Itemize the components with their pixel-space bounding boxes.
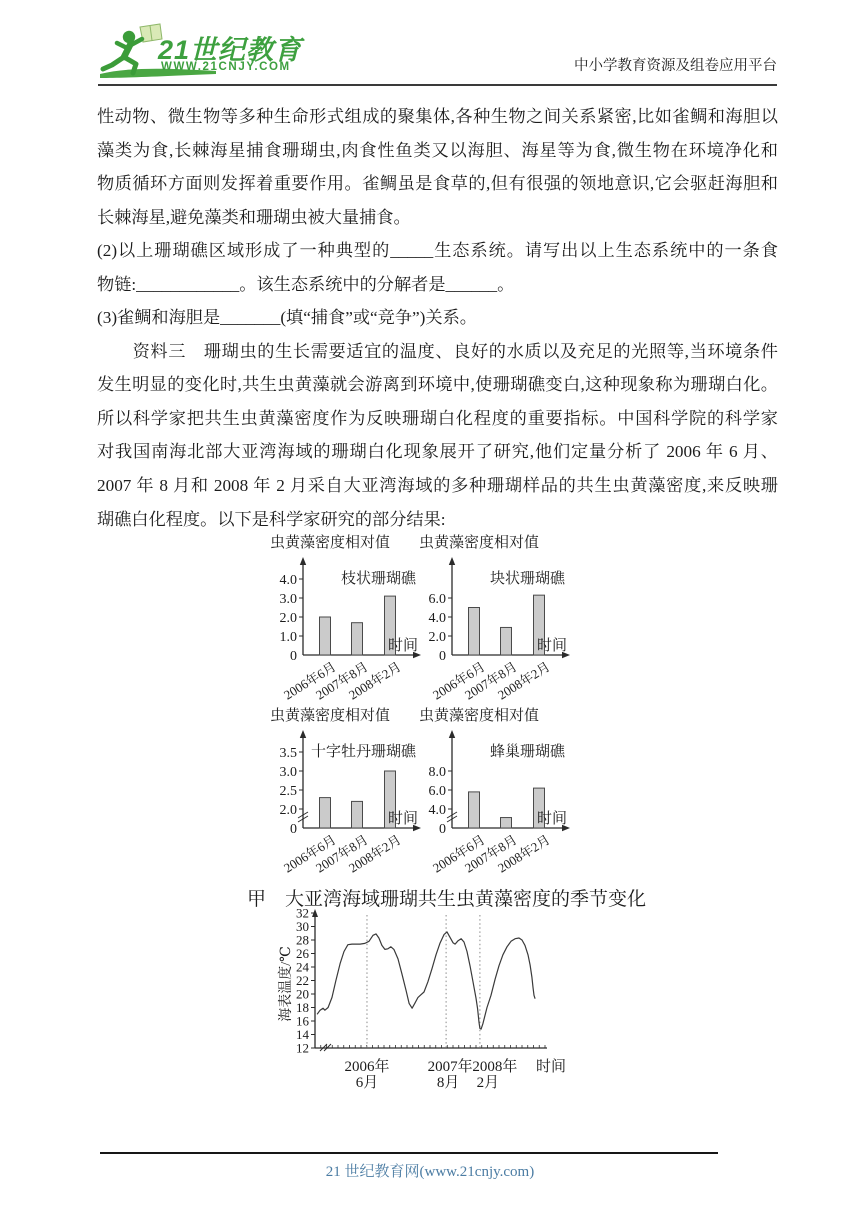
svg-text:0: 0 (439, 649, 446, 664)
svg-text:时间: 时间 (537, 810, 567, 827)
svg-text:3.0: 3.0 (280, 765, 298, 780)
temperature-curve (317, 932, 535, 1029)
footer-divider (100, 1152, 718, 1154)
svg-text:4.0: 4.0 (429, 611, 447, 626)
text-line: 对我国南海北部大亚湾海域的珊瑚白化现象展开了研究,他们定量分析了 2006 年 … (97, 435, 778, 469)
svg-text:18: 18 (296, 1000, 309, 1015)
svg-text:虫黄藻密度相对值: 虫黄藻密度相对值 (270, 706, 390, 724)
svg-text:2.5: 2.5 (280, 784, 298, 799)
svg-text:28: 28 (296, 933, 309, 948)
bar-2006年6月 (320, 798, 331, 828)
svg-text:8.0: 8.0 (429, 765, 447, 780)
svg-text:4.0: 4.0 (429, 803, 447, 818)
svg-text:22: 22 (296, 973, 309, 988)
svg-text:时间: 时间 (537, 637, 567, 654)
logo-url: WWW.21CNJY.COM (161, 61, 291, 73)
bar-2007年8月 (352, 801, 363, 828)
svg-text:20: 20 (296, 987, 309, 1002)
bar-chart-honeycomb-coral: 虫黄藻密度相对值04.06.08.0蜂巢珊瑚礁时间2006年6月2007年8月2… (407, 700, 572, 875)
footer-link: 21 世纪教育网(www.21cnjy.com) (0, 1160, 860, 1181)
header-tagline: 中小学教育资源及组卷应用平台 (574, 54, 777, 75)
text-line: 性动物、微生物等多种生命形式组成的聚集体,各种生物之间关系紧密,比如雀鲷和海胆以 (97, 100, 778, 134)
svg-text:3.0: 3.0 (280, 592, 298, 607)
svg-text:2.0: 2.0 (280, 803, 298, 818)
bar-2006年6月 (469, 608, 480, 656)
svg-text:6月: 6月 (356, 1074, 379, 1091)
svg-text:26: 26 (296, 946, 310, 961)
svg-text:16: 16 (296, 1014, 310, 1029)
svg-text:2月: 2月 (477, 1074, 500, 1091)
svg-text:0: 0 (290, 822, 297, 837)
text-line: 资料三 珊瑚虫的生长需要适宜的温度、良好的水质以及充足的光照等,当环境条件 (97, 335, 778, 369)
text-line: 物质循环方面则发挥着重要作用。雀鲷虽是食草的,但有很强的领地意识,它会驱赶海胆和 (97, 167, 778, 201)
svg-text:6.0: 6.0 (429, 784, 447, 799)
svg-text:30: 30 (296, 919, 309, 934)
svg-text:4.0: 4.0 (280, 573, 298, 588)
svg-text:2006年: 2006年 (344, 1057, 389, 1075)
line-chart-sea-surface-temperature: 海表温度/℃12141618202224262830322006年6月2007年… (270, 905, 570, 1090)
bar-2007年8月 (501, 818, 512, 828)
text-line: 藻类为食,长棘海星捕食珊瑚虫,肉食性鱼类又以海胆、海星等为食,微生物在环境净化和 (97, 134, 778, 168)
text-line: 物链:____________。该生态系统中的分解者是______。 (97, 268, 778, 302)
body-text: 性动物、微生物等多种生命形式组成的聚集体,各种生物之间关系紧密,比如雀鲷和海胆以… (97, 100, 778, 536)
svg-text:枝状珊瑚礁: 枝状珊瑚礁 (341, 570, 417, 587)
text-line: (3)雀鲷和海胆是_______(填“捕食”或“竞争”)关系。 (97, 301, 778, 335)
svg-text:24: 24 (296, 960, 310, 975)
svg-text:时间: 时间 (536, 1058, 566, 1075)
text-line: 所以科学家把共生虫黄藻密度作为反映珊瑚白化程度的重要指标。中国科学院的科学家 (97, 402, 778, 436)
svg-text:0: 0 (290, 649, 297, 664)
text-line: 2007 年 8 月和 2008 年 2 月采自大亚湾海域的多种珊瑚样品的共生虫… (97, 469, 778, 503)
svg-text:14: 14 (296, 1027, 310, 1042)
bar-2006年6月 (469, 792, 480, 828)
svg-text:2007年: 2007年 (428, 1057, 473, 1075)
svg-text:12: 12 (296, 1041, 309, 1056)
bar-chart-cross-pavona-coral: 虫黄藻密度相对值02.02.53.03.5十字牡丹珊瑚礁时间2006年6月200… (258, 700, 423, 875)
bar-chart-massive-coral: 虫黄藻密度相对值02.04.06.0块状珊瑚礁时间2006年6月2007年8月2… (407, 527, 572, 702)
svg-text:虫黄藻密度相对值: 虫黄藻密度相对值 (270, 533, 390, 551)
text-line: 长棘海星,避免藻类和珊瑚虫被大量捕食。 (97, 201, 778, 235)
svg-text:海表温度/℃: 海表温度/℃ (277, 946, 294, 1022)
bar-chart-branching-coral: 虫黄藻密度相对值01.02.03.04.0枝状珊瑚礁时间2006年6月2007年… (258, 527, 423, 702)
svg-text:32: 32 (296, 906, 309, 921)
site-logo: 21世纪教育 WWW.21CNJY.COM (98, 24, 378, 86)
bar-2007年8月 (352, 623, 363, 655)
document-page: 21世纪教育 WWW.21CNJY.COM 中小学教育资源及组卷应用平台 性动物… (0, 0, 860, 1216)
svg-text:虫黄藻密度相对值: 虫黄藻密度相对值 (419, 533, 539, 551)
svg-text:虫黄藻密度相对值: 虫黄藻密度相对值 (419, 706, 539, 724)
svg-text:蜂巢珊瑚礁: 蜂巢珊瑚礁 (490, 743, 566, 760)
svg-text:2.0: 2.0 (280, 611, 298, 626)
svg-text:6.0: 6.0 (429, 592, 447, 607)
svg-text:十字牡丹珊瑚礁: 十字牡丹珊瑚礁 (311, 743, 417, 760)
svg-text:块状珊瑚礁: 块状珊瑚礁 (490, 570, 566, 587)
svg-text:2008年: 2008年 (472, 1057, 517, 1075)
bar-2006年6月 (320, 617, 331, 655)
text-line: (2)以上珊瑚礁区域形成了一种典型的_____生态系统。请写出以上生态系统中的一… (97, 234, 778, 268)
svg-text:2.0: 2.0 (429, 630, 447, 645)
text-line: 发生明显的变化时,共生虫黄藻就会游离到环境中,使珊瑚礁变白,这种现象称为珊瑚白化… (97, 368, 778, 402)
header-divider (98, 84, 777, 86)
svg-text:0: 0 (439, 822, 446, 837)
svg-text:3.5: 3.5 (280, 746, 298, 761)
bar-2007年8月 (501, 627, 512, 655)
svg-text:8月: 8月 (437, 1074, 460, 1091)
svg-text:1.0: 1.0 (280, 630, 298, 645)
